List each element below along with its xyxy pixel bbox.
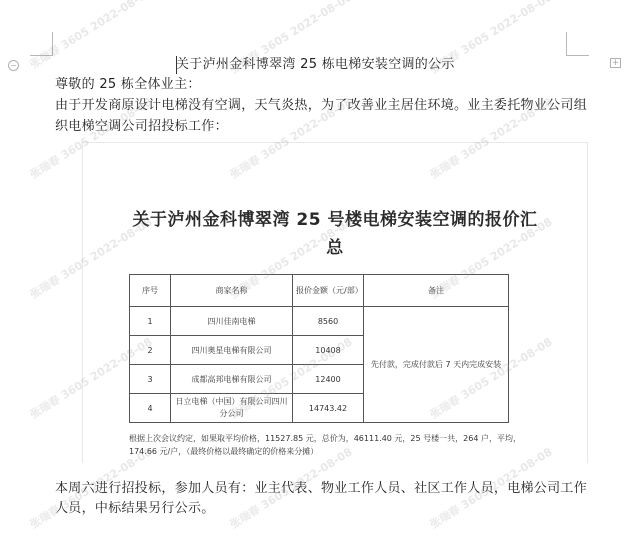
row-vendor: 日立电梯（中国）有限公司四川分公司	[171, 394, 293, 423]
row-vendor: 四川佳南电梯	[171, 307, 293, 336]
header-vendor: 商家名称	[171, 275, 293, 307]
header-note: 备注	[364, 275, 509, 307]
intro-paragraph-line-1: 由于开发商原设计电梯没有空调，天气炎热，为了改善业主居住环境。业主委托物业公司组	[55, 97, 587, 115]
table-row: 1 四川佳南电梯 8560 先付款，完成付款后 7 天内完成安装	[130, 307, 509, 336]
row-price: 10408	[293, 336, 364, 365]
embedded-quote-image[interactable]: 关于泸州金科博翠湾 25 号楼电梯安装空调的报价汇 总 序号 商家名称 报价金额…	[82, 142, 588, 463]
quote-summary-title-cont: 总	[83, 233, 587, 258]
row-note: 先付款，完成付款后 7 天内完成安装	[364, 307, 509, 423]
row-price: 8560	[293, 307, 364, 336]
closing-paragraph-line-2: 人员，中标结果另行公示。	[55, 500, 215, 518]
header-price: 报价金额（元/部）	[293, 275, 364, 307]
row-no: 2	[130, 336, 171, 365]
document-title: 关于泸州金科博翠湾 25 栋电梯安装空调的公示	[176, 56, 455, 74]
header-no: 序号	[130, 275, 171, 307]
row-vendor: 成都高邦电梯有限公司	[171, 365, 293, 394]
quote-table: 序号 商家名称 报价金额（元/部） 备注 1 四川佳南电梯 8560 先付款，完…	[129, 274, 509, 423]
page-corner-mark-left	[30, 32, 53, 56]
quote-summary-title: 关于泸州金科博翠湾 25 号楼电梯安装空调的报价汇	[83, 205, 587, 230]
table-header-row: 序号 商家名称 报价金额（元/部） 备注	[130, 275, 509, 307]
salutation: 尊敬的 25 栋全体业主：	[55, 76, 201, 94]
row-no: 1	[130, 307, 171, 336]
add-comment-icon[interactable]: +	[610, 58, 621, 68]
row-vendor: 四川奥星电梯有限公司	[171, 336, 293, 365]
row-price: 14743.42	[293, 394, 364, 423]
page-corner-mark-right	[566, 32, 589, 56]
collapse-heading-icon[interactable]: +−	[8, 60, 19, 71]
closing-paragraph-line-1: 本周六进行招投标，参加人员有：业主代表、物业工作人员、社区工作人员，电梯公司工作	[55, 480, 587, 498]
intro-paragraph-line-2: 织电梯空调公司招投标工作：	[55, 118, 228, 136]
row-price: 12400	[293, 365, 364, 394]
price-summary-note: 根据上次会议约定，如果取平均价格，11527.85 元，总价为，46111.40…	[129, 432, 529, 458]
row-no: 3	[130, 365, 171, 394]
row-no: 4	[130, 394, 171, 423]
